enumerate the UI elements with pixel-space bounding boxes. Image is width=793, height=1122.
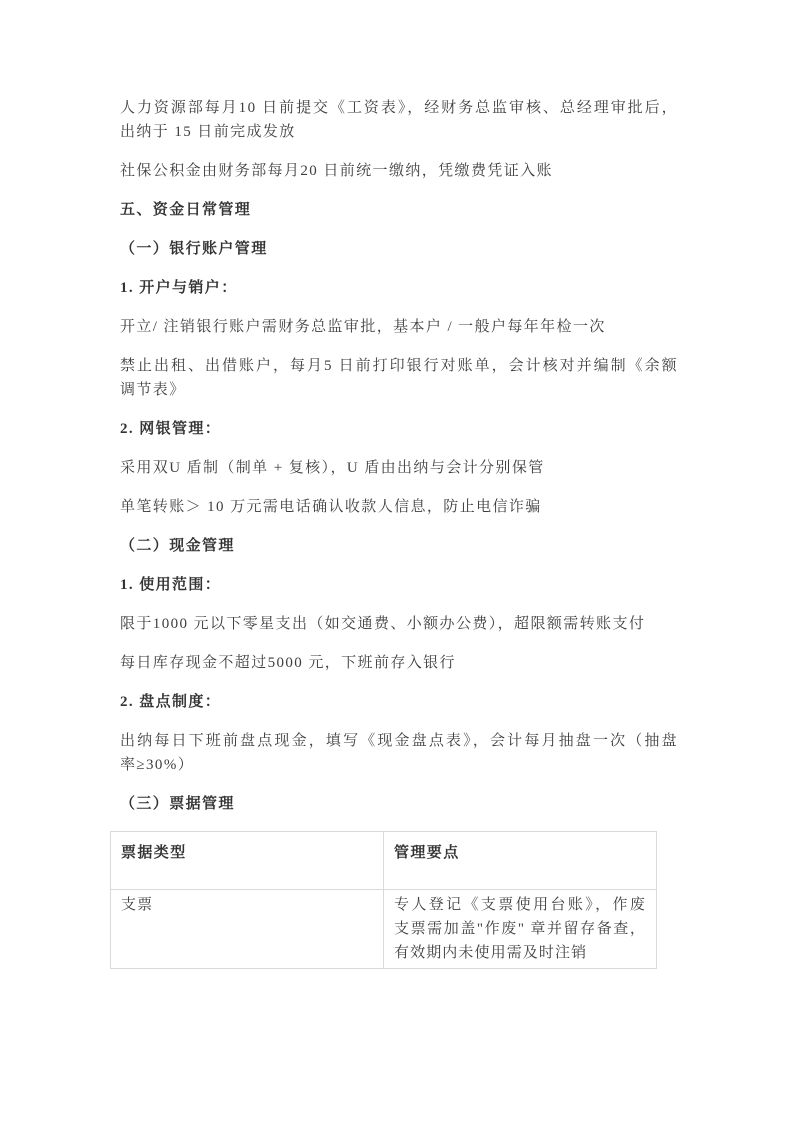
paragraph-cash-on-hand-limit: 每日库存现金不超过5000 元，下班前存入银行 (120, 651, 678, 675)
text-line: 开立/ 注销银行账户需财务总监审批，基本户 / 一般户每年年检一次 (120, 315, 678, 339)
text-line: 出纳于 15 日前完成发放 (120, 120, 678, 144)
text-line: 采用双U 盾制（制单 + 复核），U 盾由出纳与会计分别保管 (120, 456, 678, 480)
heading-inventory-system: 2. 盘点制度： (120, 690, 678, 714)
paragraph-social-security: 社保公积金由财务部每月20 日前统一缴纳，凭缴费凭证入账 (120, 159, 678, 183)
heading-usage-scope: 1. 使用范围： (120, 573, 678, 597)
heading-account-opening-closing: 1. 开户与销户： (120, 276, 678, 300)
table-header-management-points: 管理要点 (384, 832, 657, 890)
text-line: 出纳每日下班前盘点现金，填写《现金盘点表》，会计每月抽盘一次（抽盘 (120, 729, 678, 753)
document-page: 人力资源部每月10 日前提交《工资表》，经财务总监审核、总经理审批后， 出纳于 … (0, 0, 793, 969)
text-line: 支票需加盖"作废" 章并留存备查， (394, 917, 646, 941)
text-line: 调节表》 (120, 378, 678, 402)
table-header-row: 票据类型 管理要点 (111, 832, 657, 890)
text-line: 人力资源部每月10 日前提交《工资表》，经财务总监审核、总经理审批后， (120, 96, 678, 120)
table-header-bill-type: 票据类型 (111, 832, 384, 890)
table-row-cheque: 支票 专人登记《支票使用台账》，作废 支票需加盖"作废" 章并留存备查， 有效期… (111, 890, 657, 969)
paragraph-account-approval: 开立/ 注销银行账户需财务总监审批，基本户 / 一般户每年年检一次 (120, 315, 678, 339)
heading-sub-3-bill-management: （三）票据管理 (120, 792, 678, 816)
text-line: 限于1000 元以下零星支出（如交通费、小额办公费），超限额需转账支付 (120, 612, 678, 636)
bill-management-table: 票据类型 管理要点 支票 专人登记《支票使用台账》，作废 支票需加盖"作废" 章… (110, 831, 657, 969)
text-line: 每日库存现金不超过5000 元，下班前存入银行 (120, 651, 678, 675)
text-line: 社保公积金由财务部每月20 日前统一缴纳，凭缴费凭证入账 (120, 159, 678, 183)
paragraph-u-shield: 采用双U 盾制（制单 + 复核），U 盾由出纳与会计分别保管 (120, 456, 678, 480)
text-line: 禁止出租、出借账户，每月5 日前打印银行对账单，会计核对并编制《余额 (120, 354, 678, 378)
text-line: 专人登记《支票使用台账》，作废 (394, 893, 646, 917)
heading-online-banking-management: 2. 网银管理： (120, 417, 678, 441)
heading-sub-1-bank-account-management: （一）银行账户管理 (120, 237, 678, 261)
paragraph-petty-cash-limit: 限于1000 元以下零星支出（如交通费、小额办公费），超限额需转账支付 (120, 612, 678, 636)
cell-management-points: 专人登记《支票使用台账》，作废 支票需加盖"作废" 章并留存备查， 有效期内未使… (384, 890, 657, 969)
paragraph-transfer-confirmation: 单笔转账＞ 10 万元需电话确认收款人信息，防止电信诈骗 (120, 495, 678, 519)
heading-sub-2-cash-management: （二）现金管理 (120, 534, 678, 558)
heading-section-5-daily-fund-management: 五、资金日常管理 (120, 198, 678, 222)
paragraph-cash-count: 出纳每日下班前盘点现金，填写《现金盘点表》，会计每月抽盘一次（抽盘 率≥30%） (120, 729, 678, 777)
text-line: 率≥30%） (120, 753, 678, 777)
paragraph-bank-reconciliation: 禁止出租、出借账户，每月5 日前打印银行对账单，会计核对并编制《余额 调节表》 (120, 354, 678, 402)
paragraph-payroll-submission: 人力资源部每月10 日前提交《工资表》，经财务总监审核、总经理审批后， 出纳于 … (120, 96, 678, 144)
text-line: 单笔转账＞ 10 万元需电话确认收款人信息，防止电信诈骗 (120, 495, 678, 519)
text-line: 有效期内未使用需及时注销 (394, 941, 646, 965)
cell-bill-type: 支票 (111, 890, 384, 969)
